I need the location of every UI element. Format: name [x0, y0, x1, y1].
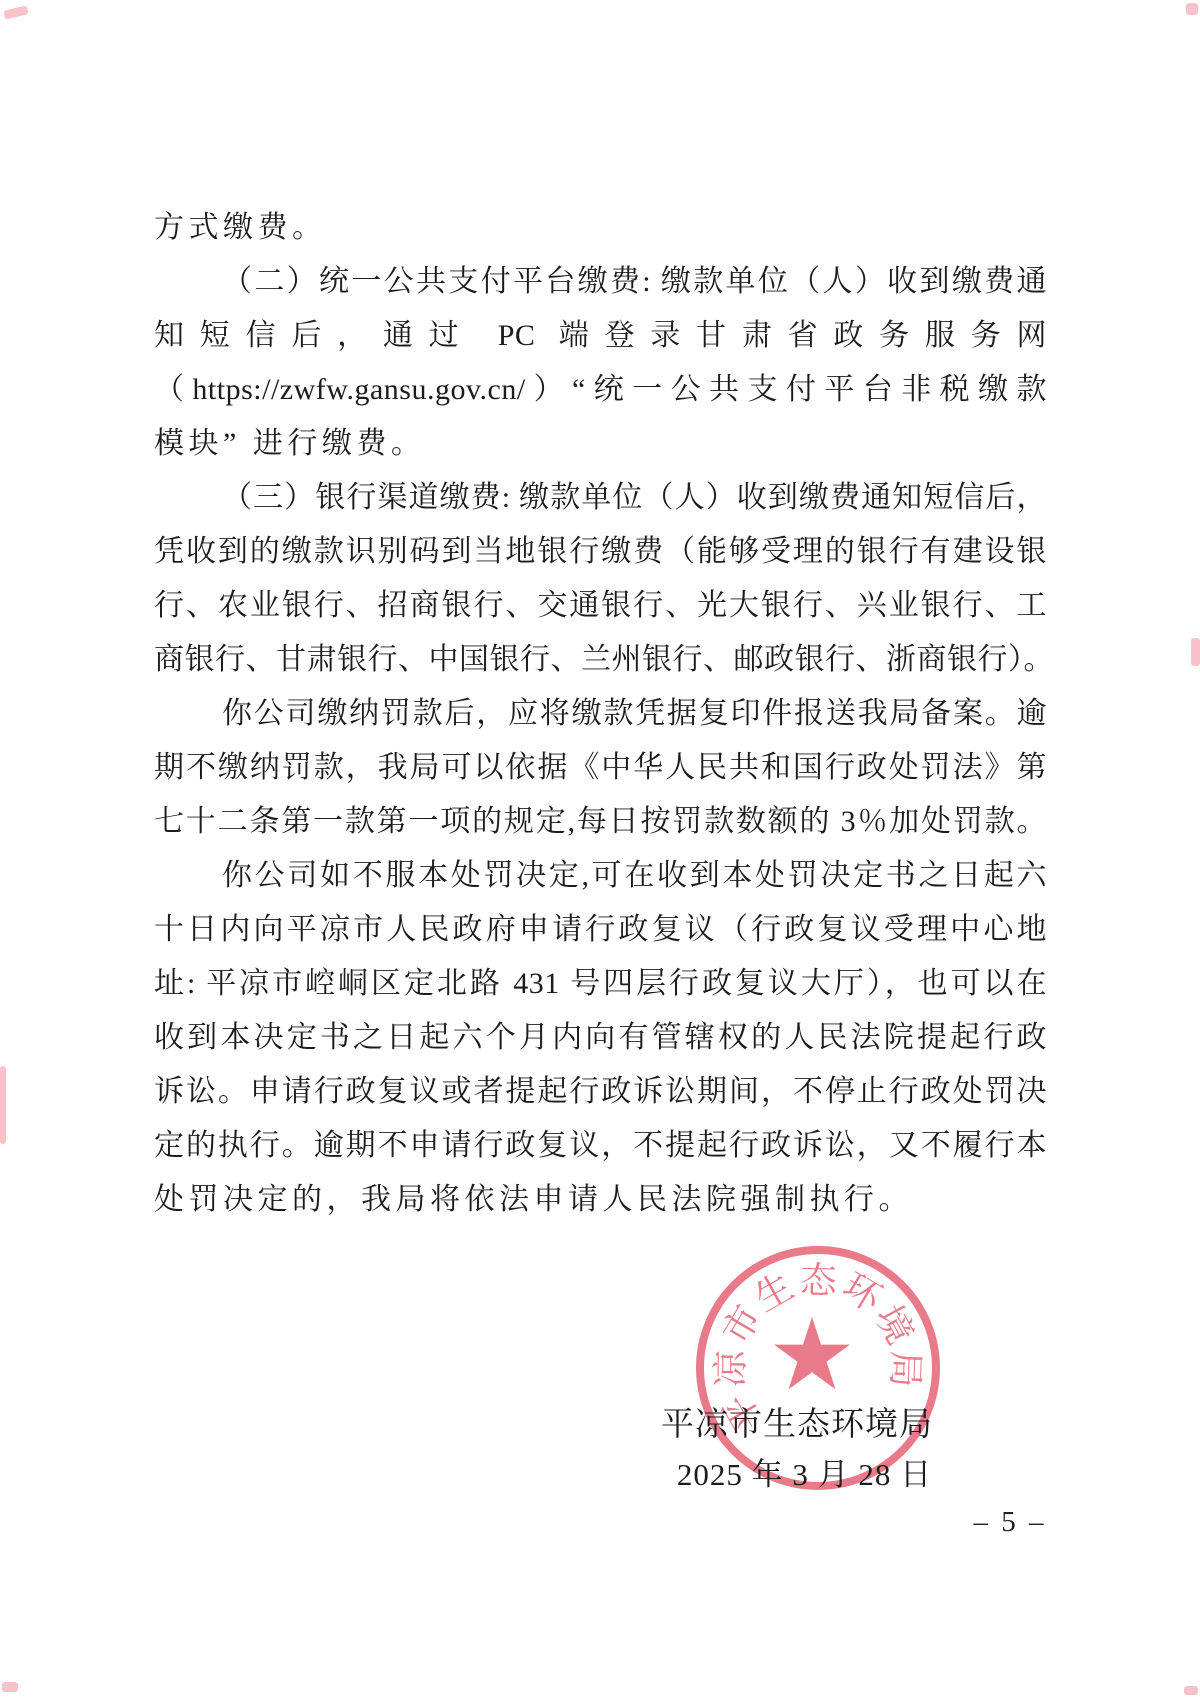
- document-body: 方式缴费。（二）统一公共支付平台缴费: 缴款单位（人）收到缴费通知短信后，通过 …: [154, 201, 1047, 1227]
- document-line: 期不缴纳罚款，我局可以依据《中华人民共和国行政处罚法》第: [154, 741, 1047, 795]
- document-line: 址: 平凉市崆峒区定北路 431 号四层行政复议大厅），也可以在: [154, 957, 1047, 1011]
- document-line: 十日内向平凉市人民政府申请行政复议（行政复议受理中心地: [154, 903, 1047, 957]
- scan-artifact-mark: [2, 1682, 18, 1692]
- document-line: 诉讼。申请行政复议或者提起行政诉讼期间，不停止行政处罚决: [154, 1065, 1047, 1119]
- document-line: （https://zwfw.gansu.gov.cn/）“统一公共支付平台非税缴…: [154, 363, 1047, 417]
- document-line: 你公司如不服本处罚决定,可在收到本处罚决定书之日起六: [154, 849, 1047, 903]
- document-line: 知短信后，通过 PC 端登录甘肃省政务服务网: [154, 309, 1047, 363]
- seal-star-icon: [774, 1317, 850, 1389]
- document-line: 行、农业银行、招商银行、交通银行、光大银行、兴业银行、工: [154, 579, 1047, 633]
- document-line: 你公司缴纳罚款后，应将缴款凭据复印件报送我局备案。逾: [154, 687, 1047, 741]
- scan-artifact-mark: [1186, 3, 1198, 15]
- document-line: 模块” 进行缴费。: [154, 417, 1047, 471]
- document-line: 凭收到的缴款识别码到当地银行缴费（能够受理的银行有建设银: [154, 525, 1047, 579]
- document-line: 收到本决定书之日起六个月内向有管辖权的人民法院提起行政: [154, 1011, 1047, 1065]
- document-line: 方式缴费。: [154, 201, 1047, 255]
- decision-date: 2025 年 3 月 28 日: [652, 1449, 957, 1494]
- scan-artifact-mark: [3, 5, 28, 20]
- issuing-agency-signature: 平凉市生态环境局: [652, 1398, 942, 1445]
- document-line: （二）统一公共支付平台缴费: 缴款单位（人）收到缴费通: [154, 255, 1047, 309]
- page-number: – 5 –: [955, 1506, 1065, 1539]
- document-page: 方式缴费。（二）统一公共支付平台缴费: 缴款单位（人）收到缴费通知短信后，通过 …: [0, 0, 1200, 1697]
- document-line: 商银行、甘肃银行、中国银行、兰州银行、邮政银行、浙商银行）。: [154, 633, 1047, 687]
- document-line: （三）银行渠道缴费: 缴款单位（人）收到缴费通知短信后，: [154, 471, 1047, 525]
- scan-artifact-mark: [0, 1066, 6, 1144]
- scan-artifact-mark: [1184, 1686, 1198, 1695]
- scan-artifact-mark: [1191, 638, 1200, 666]
- document-line: 处罚决定的，我局将依法申请人民法院强制执行。: [154, 1173, 1047, 1227]
- document-line: 七十二条第一款第一项的规定,每日按罚款数额的 3％加处罚款。: [154, 795, 1047, 849]
- document-line: 定的执行。逾期不申请行政复议，不提起行政诉讼，又不履行本: [154, 1119, 1047, 1173]
